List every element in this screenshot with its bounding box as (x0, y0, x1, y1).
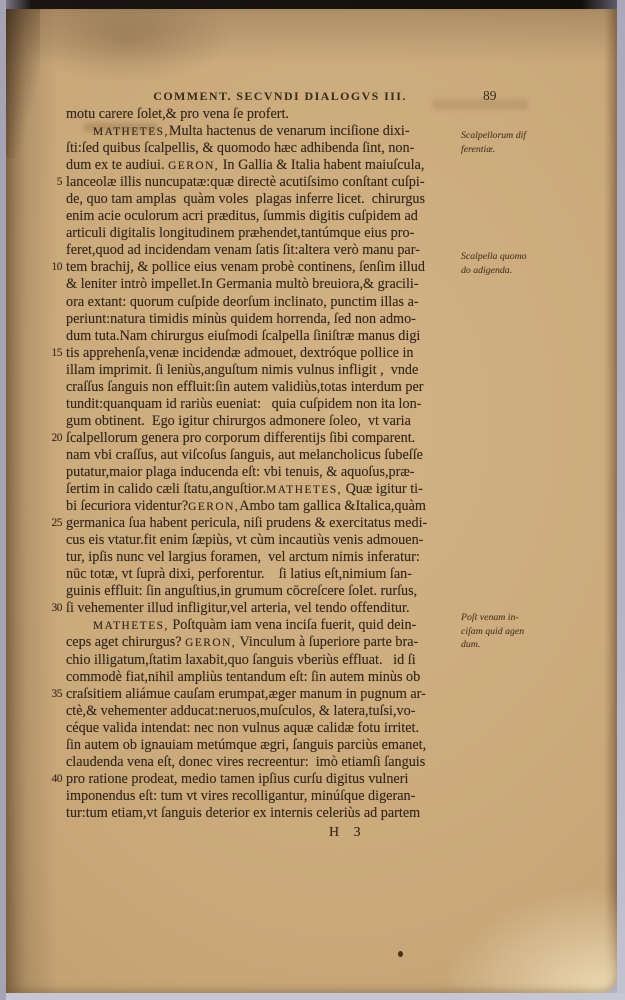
line-number: 40 (47, 771, 62, 788)
scan-edge-top (0, 0, 625, 9)
text-line: imponendus eſt: tum vt vires recolligant… (66, 788, 462, 805)
running-header: COMMENT. SECVNDI DIALOGVS III. (100, 89, 460, 104)
line-number: 25 (47, 515, 62, 532)
text-line: de, quo tam amplas quàm voles plagas inf… (66, 191, 462, 208)
speaker-name: GERON, (168, 160, 219, 172)
signature-mark: H 3 (329, 825, 361, 841)
line-number: 20 (47, 430, 62, 447)
text-line: bi ſecuriora videntur?GERON,Ambo tam gal… (66, 498, 462, 515)
text-line: MATHETES, Poſtquàm iam vena inciſa fueri… (66, 617, 462, 634)
text-line: céque valida intendat: nec non vulnus aq… (66, 720, 462, 737)
book-page-scan: COMMENT. SECVNDI DIALOGVS III. 89 motu c… (0, 0, 625, 1000)
line-number: 30 (47, 600, 62, 617)
text-line: dum tuta.Nam chirurgus eiuſmodi ſcalpell… (66, 328, 462, 345)
margin-note-line: dum. (461, 638, 524, 652)
ink-speck (398, 951, 403, 957)
margin-note: Scalpellorum differentiæ. (461, 129, 526, 156)
text-line: 15tis apprehenſa,venæ incidendæ admouet,… (66, 345, 462, 362)
margin-note-line: ferentiæ. (461, 143, 526, 157)
line-number: 5 (47, 174, 62, 191)
text-line: gum obtinent. Ego igitur chirurgos admon… (66, 413, 462, 430)
margin-note-line: ciſam quid agen (461, 625, 524, 639)
speaker-name: GERON, (185, 637, 236, 649)
text-line: cus eis vtatur.fit enim ſæpiùs, vt cùm i… (66, 532, 462, 549)
text-block: motu carere ſolet,& pro vena ſe profert.… (66, 106, 462, 822)
scan-edge-left (0, 0, 6, 1000)
text-line: & leniter intrò impellet.In Germania mul… (66, 276, 462, 293)
margin-note: Scalpella quomodo adigenda. (461, 250, 527, 277)
text-line: nūc totæ, vt ſuprà dixi, perforentur. ſi… (66, 566, 462, 583)
margin-note: Poſt venam in-ciſam quid agendum. (461, 611, 524, 652)
scan-edge-right (617, 0, 625, 1000)
text-line: claudenda vena eſt, donec vires recreent… (66, 754, 462, 771)
text-line: articuli digitalis longitudinem præhende… (66, 225, 462, 242)
text-line: MATHETES,Multa hactenus de venarum inciſ… (66, 123, 462, 140)
text-line: ſertim in calido cæli ſtatu,anguſtior.MA… (66, 481, 462, 498)
text-line: tur:tum etiam,vt ſanguis deterior ex int… (66, 805, 462, 822)
text-line: commodè fiat,nihil ampliùs tentandum eſt… (66, 669, 462, 686)
text-line: feret,quod ad incidendam venam ſatis ſit… (66, 242, 462, 259)
margin-note-line: Scalpellorum dif (461, 129, 526, 143)
text-line: guinis effluit: ſin anguſtius,in grumum … (66, 583, 462, 600)
text-line: 10tem brachij, & pollice eius venam prob… (66, 259, 462, 276)
text-line: ctè,& vehementer adducat:neruos,muſculos… (66, 703, 462, 720)
text-line: 40pro ratione prodeat, medio tamen ipſiu… (66, 771, 462, 788)
text-line: 25germanica ſua habent pericula, niſi pr… (66, 515, 462, 532)
text-line: tundit:quanquam id rariùs eueniat: quia … (66, 396, 462, 413)
text-line: putatur,maior plaga inducenda eſt: vbi t… (66, 464, 462, 481)
text-line: ſti:ſed quibus ſcalpellis, & quomodo hæc… (66, 140, 462, 157)
page-fold-shadow (6, 8, 40, 158)
text-line: periunt:natura timidis minùs quidem horr… (66, 311, 462, 328)
text-line: 35craſsitiem aliámue cauſam erumpat,æger… (66, 686, 462, 703)
speaker-name: MATHETES, (93, 620, 169, 632)
speaker-name: GERON, (188, 501, 239, 513)
scan-edge-bottom (0, 993, 625, 1000)
text-line: ſin autem ob ignauiam metúmque ægri, ſan… (66, 737, 462, 754)
text-line: illam imprimit. ſi leniùs,anguſtum nimis… (66, 362, 462, 379)
text-line: nam vbi craſſus, aut viſcoſus ſanguis, a… (66, 447, 462, 464)
line-number: 35 (47, 686, 62, 703)
text-line: ora extant: quorum cuſpide deorſum incli… (66, 294, 462, 311)
text-line: 30ſi vehementer illud infligitur,vel art… (66, 600, 462, 617)
text-line: chio illigatum,ſtatim laxabit,quo ſangui… (66, 652, 462, 669)
line-number: 10 (47, 259, 62, 276)
text-line: enim acie oculorum acri præditus, ſummis… (66, 208, 462, 225)
line-number: 15 (47, 345, 62, 362)
speaker-name: MATHETES, (93, 126, 169, 138)
text-line: 20ſcalpellorum genera pro corporum diffe… (66, 430, 462, 447)
text-line: ceps aget chirurgus? GERON, Vinculum à ſ… (66, 634, 462, 651)
speaker-name: MATHETES, (266, 484, 342, 496)
text-line: motu carere ſolet,& pro vena ſe profert. (66, 106, 462, 123)
text-line: 5lanceolæ illis nuncupatæ:quæ directè ac… (66, 174, 462, 191)
text-line: dum ex te audiui. GERON, In Gallia & Ita… (66, 157, 462, 174)
text-line: craſſus ſanguis non effluit:ſin autem va… (66, 379, 462, 396)
page-number: 89 (483, 88, 497, 104)
margin-note-line: do adigenda. (461, 264, 527, 278)
text-line: tur, ipſis nunc vel largius foramen, vel… (66, 549, 462, 566)
margin-note-line: Poſt venam in- (461, 611, 524, 625)
margin-note-line: Scalpella quomo (461, 250, 527, 264)
